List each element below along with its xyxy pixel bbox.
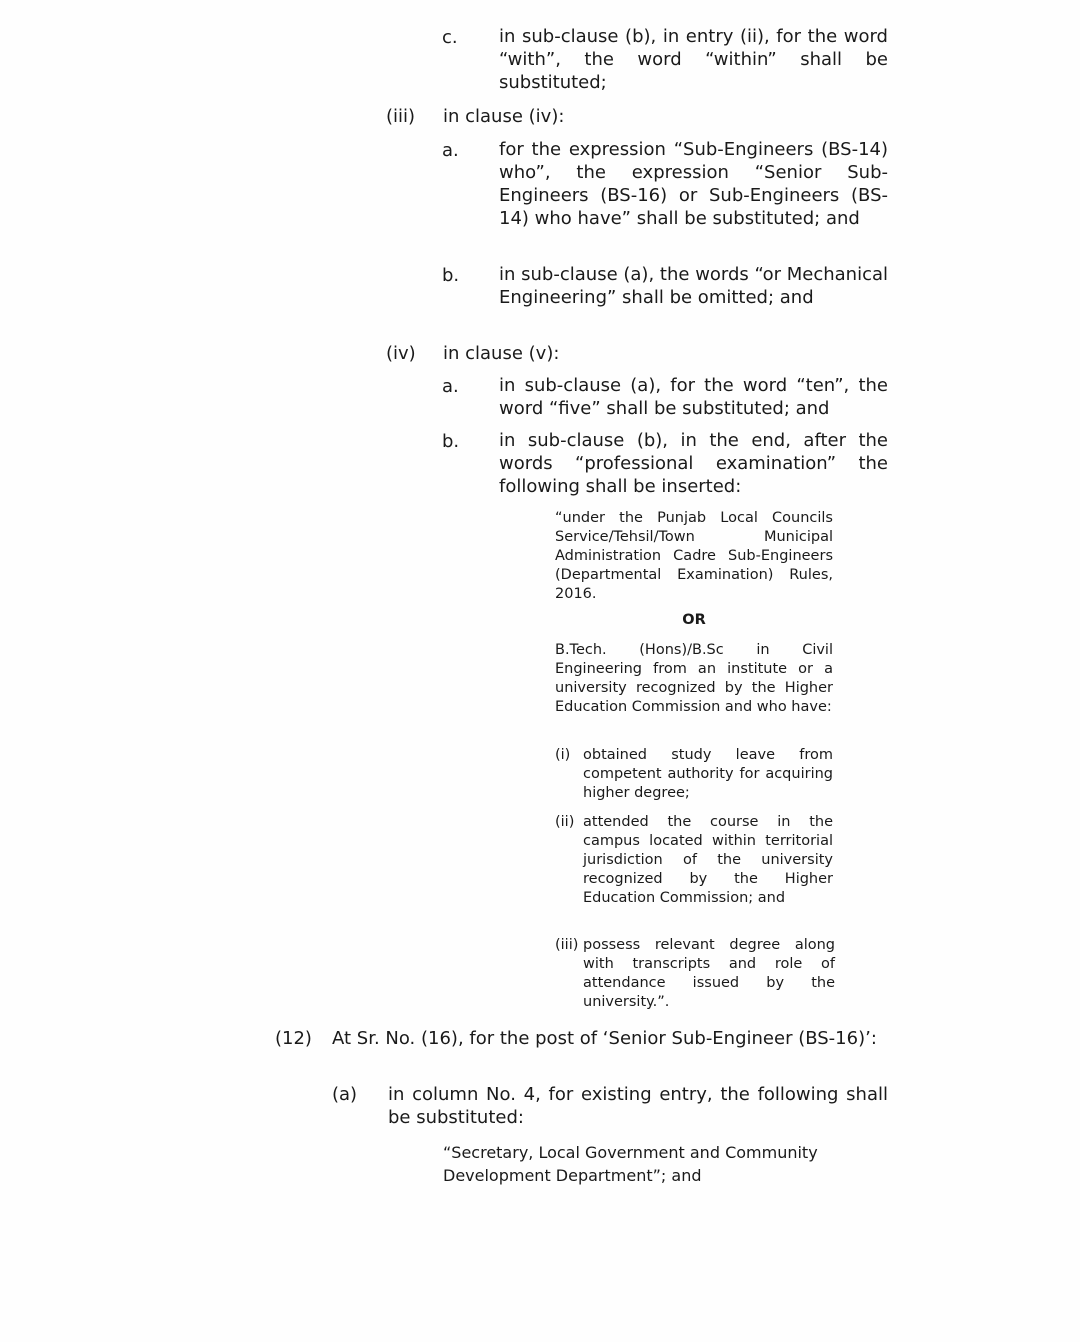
clause-label-iii: (iii) xyxy=(386,105,415,128)
section-sub-text-a: in column No. 4, for existing entry, the… xyxy=(388,1083,888,1129)
item-text-a: for the expression “Sub-Engineers (BS-14… xyxy=(499,138,888,230)
item-label-c: c. xyxy=(442,26,458,49)
section-text-12: At Sr. No. (16), for the post of ‘Senior… xyxy=(332,1027,888,1050)
subitem-i: (i) obtained study leave from competent … xyxy=(555,746,833,803)
subitem-iii: (iii) possess relevant degree along with… xyxy=(555,936,835,1012)
item-label-b2: b. xyxy=(442,430,459,453)
subitem-label: (ii) xyxy=(555,813,583,908)
item-label-a2: a. xyxy=(442,375,459,398)
subitem-ii: (ii) attended the course in the campus l… xyxy=(555,813,833,908)
section-label-12: (12) xyxy=(275,1027,312,1050)
clause-text-iii: in clause (iv): xyxy=(443,105,888,128)
clause-text-iv: in clause (v): xyxy=(443,342,888,365)
item-text-b2: in sub-clause (b), in the end, after the… xyxy=(499,429,888,498)
inserted-paragraph-1: “under the Punjab Local Councils Service… xyxy=(555,509,833,604)
item-text-a2: in sub-clause (a), for the word “ten”, t… xyxy=(499,374,888,420)
subitem-text: attended the course in the campus locate… xyxy=(583,813,833,908)
item-text-c: in sub-clause (b), in entry (ii), for th… xyxy=(499,25,888,94)
document-page: c. in sub-clause (b), in entry (ii), for… xyxy=(0,0,1080,1342)
clause-label-iv: (iv) xyxy=(386,342,416,365)
subitem-label: (i) xyxy=(555,746,583,803)
inserted-paragraph-2: B.Tech. (Hons)/B.Sc in Civil Engineering… xyxy=(555,641,833,717)
item-text-b: in sub-clause (a), the words “or Mechani… xyxy=(499,263,888,309)
quoted-substitution: “Secretary, Local Government and Communi… xyxy=(443,1141,838,1187)
subitem-text: obtained study leave from competent auth… xyxy=(583,746,833,803)
item-label-a: a. xyxy=(442,139,459,162)
section-sub-label-a: (a) xyxy=(332,1083,357,1106)
subitem-label: (iii) xyxy=(555,936,583,1012)
or-separator: OR xyxy=(555,612,833,628)
subitem-text: possess relevant degree along with trans… xyxy=(583,936,835,1012)
item-label-b: b. xyxy=(442,264,459,287)
